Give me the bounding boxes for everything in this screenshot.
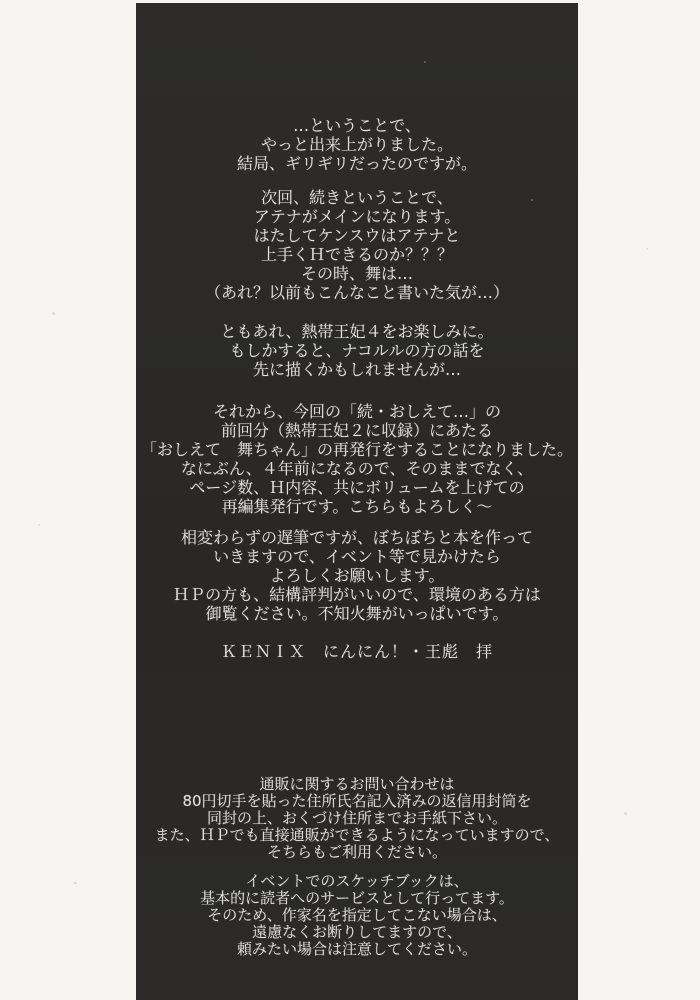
text-line: それから、今回の「続・おしえて…」の [136, 402, 578, 421]
text-line: 頼みたい場合は注意してください。 [136, 941, 578, 958]
text-line: 先に描くかもしれませんが… [136, 360, 578, 379]
scan-background: …ということで、 やっと出来上がりました。 結局、ギリギリだったのですが。 次回… [0, 0, 700, 1000]
scan-speck [646, 248, 648, 250]
text-line: よろしくお願いします。 [136, 566, 578, 585]
text-line: イベントでのスケッチブックは、 [136, 873, 578, 890]
text-line: やっと出来上がりました。 [136, 135, 578, 154]
text-line: 遠慮なくお断りしてますので、 [136, 924, 578, 941]
text-line: その時、舞は… [136, 264, 578, 283]
text-line: そちらもご利用ください。 [136, 844, 578, 861]
scan-speck [52, 312, 55, 315]
text-line: アテナがメインになります。 [136, 207, 578, 226]
text-line: 基本的に読者へのサービスとして行ってます。 [136, 890, 578, 907]
scan-speck [74, 882, 77, 884]
scan-speck [624, 812, 627, 815]
text-line: 御覧ください。不知火舞がいっぱいです。 [136, 604, 578, 623]
text-line: ＫＥＮＩＸ にんにん！・王彪 拝 [136, 642, 578, 661]
text-line: 前回分（熱帯王妃２に収録）にあたる [136, 421, 578, 440]
text-line: …ということで、 [136, 116, 578, 135]
text-line: また、ＨＰでも直接通販ができるようになっていますので、 [136, 827, 578, 844]
text-line: 結局、ギリギリだったのですが。 [136, 154, 578, 173]
signature-line: ＫＥＮＩＸ にんにん！・王彪 拝 [136, 642, 578, 661]
afterword-paragraph-lookforward: ともあれ、熱帯王妃４をお楽しみに。 もしかすると、ナコルルの方の話を 先に描くか… [136, 322, 578, 379]
text-line: もしかすると、ナコルルの方の話を [136, 341, 578, 360]
text-line: ＨＰの方も、結構評判がいいので、環境のある方は [136, 585, 578, 604]
text-line: 上手くＨできるのか？？？ [136, 245, 578, 264]
text-line: 「おしえて 舞ちゃん」の再発行をすることになりました。 [136, 440, 578, 459]
text-line: ページ数、Ｈ内容、共にボリュームを上げての [136, 478, 578, 497]
text-line: そのため、作家名を指定してこない場合は、 [136, 907, 578, 924]
text-line: 通販に関するお問い合わせは [136, 776, 578, 793]
notice-sketchbook: イベントでのスケッチブックは、 基本的に読者へのサービスとして行ってます。 その… [136, 873, 578, 958]
afterword-paragraph-greeting: 相変わらずの遅筆ですが、ぼちぼちと本を作って いきますので、イベント等で見かけた… [136, 528, 578, 623]
afterword-sheet: …ということで、 やっと出来上がりました。 結局、ギリギリだったのですが。 次回… [136, 3, 578, 1000]
scan-speck [38, 524, 40, 526]
afterword-paragraph-reprint: それから、今回の「続・おしえて…」の 前回分（熱帯王妃２に収録）にあたる 「おし… [136, 402, 578, 516]
text-line: 同封の上、おくづけ住所までお手紙下さい。 [136, 810, 578, 827]
text-line: いきますので、イベント等で見かけたら [136, 547, 578, 566]
text-line: 80円切手を貼った住所氏名記入済みの返信用封筒を [136, 793, 578, 810]
text-line: 次回、続きということで、 [136, 188, 578, 207]
notice-mail-order: 通販に関するお問い合わせは 80円切手を貼った住所氏名記入済みの返信用封筒を 同… [136, 776, 578, 861]
text-line: ともあれ、熱帯王妃４をお楽しみに。 [136, 322, 578, 341]
text-line: 相変わらずの遅筆ですが、ぼちぼちと本を作って [136, 528, 578, 547]
text-line: なにぶん、４年前になるので、そのままでなく、 [136, 459, 578, 478]
afterword-paragraph-next-issue: 次回、続きということで、 アテナがメインになります。 はたしてケンスウはアテナと… [136, 188, 578, 302]
text-line: 再編集発行です。こちらもよろしく〜 [136, 497, 578, 516]
text-line: はたしてケンスウはアテナと [136, 226, 578, 245]
text-line: （あれ？以前もこんなこと書いた気が…） [136, 283, 578, 302]
afterword-paragraph-intro: …ということで、 やっと出来上がりました。 結局、ギリギリだったのですが。 [136, 116, 578, 173]
scan-speck [424, 61, 426, 63]
